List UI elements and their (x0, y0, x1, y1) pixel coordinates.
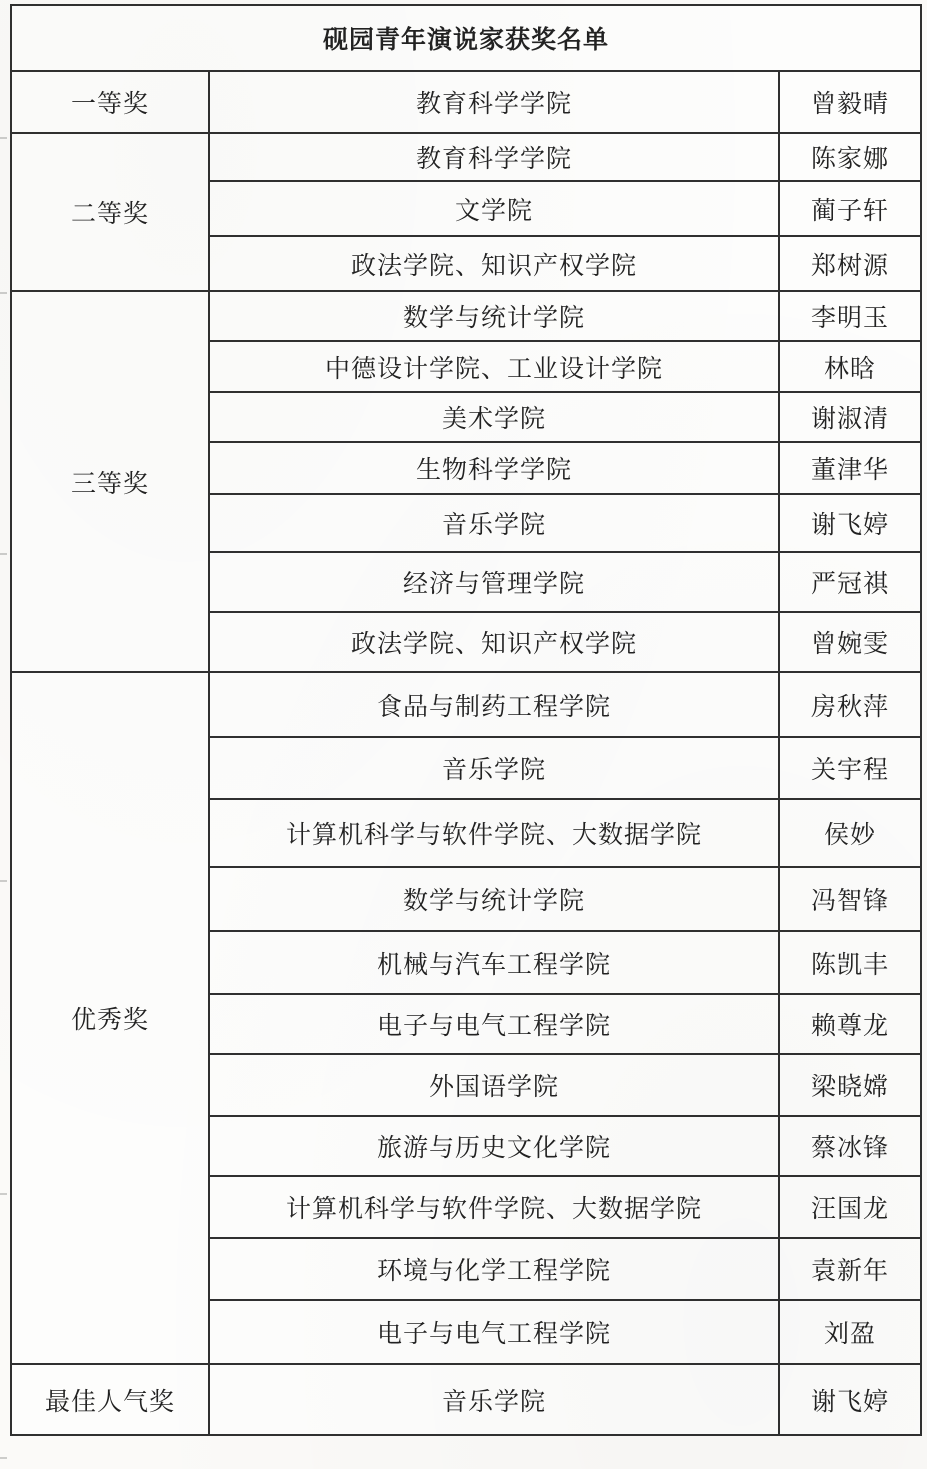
name-cell: 关宇程 (779, 737, 921, 799)
college-cell: 电子与电气工程学院 (209, 1300, 779, 1364)
award-cell: 三等奖 (11, 291, 209, 672)
name-cell: 严冠祺 (779, 552, 921, 612)
name-cell: 谢飞婷 (779, 1364, 921, 1435)
college-cell: 教育科学学院 (209, 71, 779, 133)
name-cell: 侯妙 (779, 799, 921, 867)
table-row: 一等奖 教育科学学院 曾毅晴 (11, 71, 921, 133)
name-cell: 郑树源 (779, 236, 921, 291)
college-cell: 美术学院 (209, 392, 779, 442)
college-cell: 教育科学学院 (209, 133, 779, 181)
college-cell: 环境与化学工程学院 (209, 1238, 779, 1300)
name-cell: 梁晓嫦 (779, 1054, 921, 1116)
college-cell: 生物科学学院 (209, 442, 779, 494)
name-cell: 陈家娜 (779, 133, 921, 181)
name-cell: 刘盈 (779, 1300, 921, 1364)
name-cell: 赖尊龙 (779, 994, 921, 1054)
award-cell: 优秀奖 (11, 672, 209, 1364)
college-cell: 音乐学院 (209, 737, 779, 799)
college-cell: 音乐学院 (209, 1364, 779, 1435)
name-cell: 蔺子轩 (779, 181, 921, 236)
award-cell: 二等奖 (11, 133, 209, 291)
college-cell: 政法学院、知识产权学院 (209, 236, 779, 291)
page: { "title": "砚园青年演说家获奖名单", "sections": [ … (0, 0, 927, 1469)
scan-artifact (0, 1457, 7, 1459)
college-cell: 中德设计学院、工业设计学院 (209, 341, 779, 392)
name-cell: 汪国龙 (779, 1176, 921, 1238)
college-cell: 旅游与历史文化学院 (209, 1116, 779, 1176)
college-cell: 文学院 (209, 181, 779, 236)
college-cell: 计算机科学与软件学院、大数据学院 (209, 799, 779, 867)
name-cell: 李明玉 (779, 291, 921, 341)
college-cell: 机械与汽车工程学院 (209, 931, 779, 994)
name-cell: 冯智锋 (779, 867, 921, 931)
scan-artifact (0, 553, 7, 555)
table-title: 砚园青年演说家获奖名单 (11, 5, 921, 71)
awards-table: 砚园青年演说家获奖名单 一等奖 教育科学学院 曾毅晴 二等奖 教育科学学院 陈家… (10, 4, 922, 1436)
table-row: 三等奖 数学与统计学院 李明玉 (11, 291, 921, 341)
college-cell: 音乐学院 (209, 494, 779, 552)
table-row: 最佳人气奖 音乐学院 谢飞婷 (11, 1364, 921, 1435)
table-row: 优秀奖 食品与制药工程学院 房秋萍 (11, 672, 921, 737)
name-cell: 谢淑清 (779, 392, 921, 442)
name-cell: 曾毅晴 (779, 71, 921, 133)
award-cell: 一等奖 (11, 71, 209, 133)
name-cell: 曾婉雯 (779, 612, 921, 672)
name-cell: 蔡冰锋 (779, 1116, 921, 1176)
scan-artifact (0, 880, 7, 882)
table-row: 砚园青年演说家获奖名单 (11, 5, 921, 71)
college-cell: 经济与管理学院 (209, 552, 779, 612)
college-cell: 食品与制药工程学院 (209, 672, 779, 737)
college-cell: 数学与统计学院 (209, 867, 779, 931)
scan-artifact (0, 137, 7, 139)
college-cell: 政法学院、知识产权学院 (209, 612, 779, 672)
scan-artifact (0, 1193, 7, 1195)
name-cell: 林晗 (779, 341, 921, 392)
college-cell: 外国语学院 (209, 1054, 779, 1116)
college-cell: 电子与电气工程学院 (209, 994, 779, 1054)
name-cell: 房秋萍 (779, 672, 921, 737)
name-cell: 陈凯丰 (779, 931, 921, 994)
name-cell: 董津华 (779, 442, 921, 494)
college-cell: 数学与统计学院 (209, 291, 779, 341)
table-row: 二等奖 教育科学学院 陈家娜 (11, 133, 921, 181)
awards-table-container: 砚园青年演说家获奖名单 一等奖 教育科学学院 曾毅晴 二等奖 教育科学学院 陈家… (10, 4, 920, 1436)
name-cell: 谢飞婷 (779, 494, 921, 552)
award-cell: 最佳人气奖 (11, 1364, 209, 1435)
scan-artifact (0, 292, 7, 294)
name-cell: 袁新年 (779, 1238, 921, 1300)
college-cell: 计算机科学与软件学院、大数据学院 (209, 1176, 779, 1238)
